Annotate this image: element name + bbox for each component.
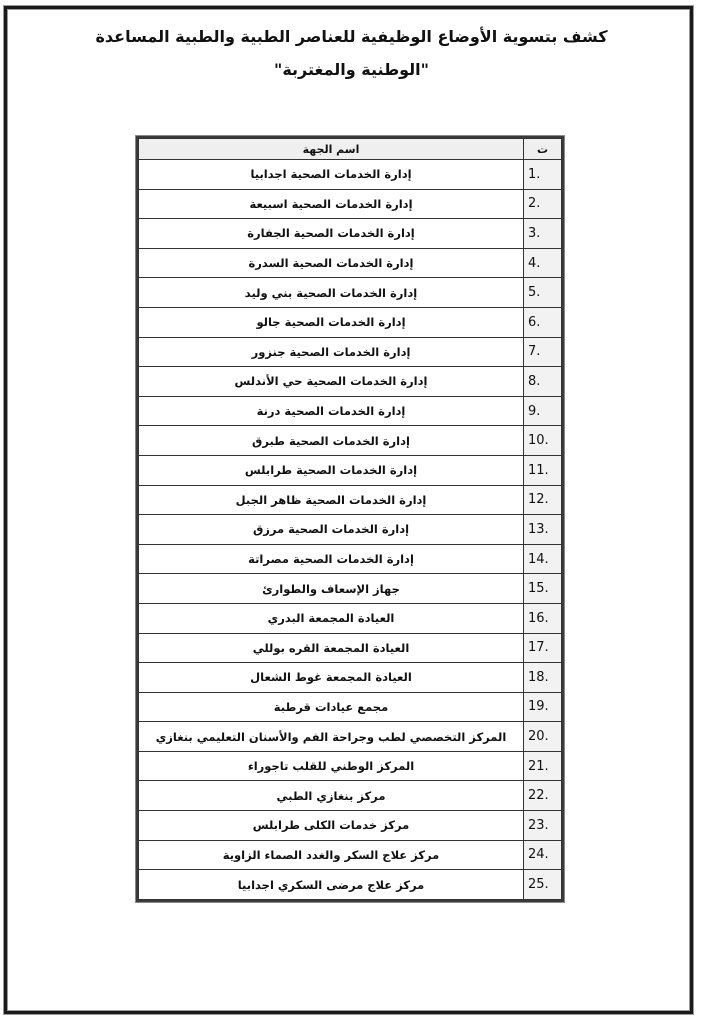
entity-name: العيادة المجمعة البدري	[139, 603, 524, 633]
row-number: 2.	[524, 189, 562, 219]
row-number: 11.	[524, 455, 562, 485]
row-number: 17.	[524, 633, 562, 663]
row-number: 19.	[524, 692, 562, 722]
entity-name: إدارة الخدمات الصحية مرزق	[139, 515, 524, 545]
entity-name: إدارة الخدمات الصحية درنة	[139, 396, 524, 426]
table-row: 6.إدارة الخدمات الصحية جالو	[139, 307, 562, 337]
entity-name: جهاز الإسعاف والطوارئ	[139, 574, 524, 604]
row-number: 4.	[524, 248, 562, 278]
table-row: 15.جهاز الإسعاف والطوارئ	[139, 574, 562, 604]
row-number: 6.	[524, 307, 562, 337]
table-row: 20.المركز التخصصي لطب وجراحة الفم والأسن…	[139, 722, 562, 752]
entity-name: مركز علاج مرضى السكري اجدابيا	[139, 870, 524, 900]
row-number: 23.	[524, 811, 562, 841]
document-subtitle: "الوطنية والمغتربة"	[0, 60, 703, 79]
row-number: 5.	[524, 278, 562, 308]
row-number: 15.	[524, 574, 562, 604]
entity-name: العيادة المجمعة غوط الشعال	[139, 663, 524, 693]
entity-name: إدارة الخدمات الصحية جالو	[139, 307, 524, 337]
entity-name: إدارة الخدمات الصحية اجدابيا	[139, 160, 524, 190]
table-row: 4.إدارة الخدمات الصحية السدرة	[139, 248, 562, 278]
entity-name: المركز الوطني للقلب تاجوراء	[139, 751, 524, 781]
row-number: 22.	[524, 781, 562, 811]
document-title: كشف بتسوية الأوضاع الوظيفية للعناصر الطب…	[0, 27, 703, 46]
row-number: 9.	[524, 396, 562, 426]
table-row: 10.إدارة الخدمات الصحية طبرق	[139, 426, 562, 456]
row-number: 3.	[524, 219, 562, 249]
table-row: 17.العيادة المجمعة القره بوللي	[139, 633, 562, 663]
table-row: 3.إدارة الخدمات الصحية الجفارة	[139, 219, 562, 249]
table-row: 22.مركز بنغازي الطبي	[139, 781, 562, 811]
table-row: 5.إدارة الخدمات الصحية بني وليد	[139, 278, 562, 308]
entity-name: العيادة المجمعة القره بوللي	[139, 633, 524, 663]
table-row: 24.مركز علاج السكر والغدد الصماء الزاوية	[139, 840, 562, 870]
entity-name: إدارة الخدمات الصحية طرابلس	[139, 455, 524, 485]
entity-name: إدارة الخدمات الصحية اسبيعة	[139, 189, 524, 219]
row-number: 13.	[524, 515, 562, 545]
entity-name: مركز خدمات الكلى طرابلس	[139, 811, 524, 841]
entity-name: إدارة الخدمات الصحية حي الأندلس	[139, 367, 524, 397]
row-number: 25.	[524, 870, 562, 900]
entities-table-container: ت اسم الجهة 1.إدارة الخدمات الصحية اجداب…	[136, 136, 564, 902]
table-row: 16.العيادة المجمعة البدري	[139, 603, 562, 633]
row-number: 20.	[524, 722, 562, 752]
entity-name: إدارة الخدمات الصحية جنزور	[139, 337, 524, 367]
row-number: 7.	[524, 337, 562, 367]
table-row: 14.إدارة الخدمات الصحية مصراتة	[139, 544, 562, 574]
entities-table: ت اسم الجهة 1.إدارة الخدمات الصحية اجداب…	[138, 138, 562, 900]
header-number: ت	[524, 139, 562, 160]
table-row: 13.إدارة الخدمات الصحية مرزق	[139, 515, 562, 545]
table-row: 19.مجمع عيادات قرطبة	[139, 692, 562, 722]
row-number: 16.	[524, 603, 562, 633]
row-number: 8.	[524, 367, 562, 397]
table-row: 8.إدارة الخدمات الصحية حي الأندلس	[139, 367, 562, 397]
header-entity-name: اسم الجهة	[139, 139, 524, 160]
table-row: 12.إدارة الخدمات الصحية ظاهر الجبل	[139, 485, 562, 515]
entity-name: إدارة الخدمات الصحية السدرة	[139, 248, 524, 278]
table-row: 9.إدارة الخدمات الصحية درنة	[139, 396, 562, 426]
entity-name: مركز علاج السكر والغدد الصماء الزاوية	[139, 840, 524, 870]
table-row: 23.مركز خدمات الكلى طرابلس	[139, 811, 562, 841]
row-number: 21.	[524, 751, 562, 781]
entity-name: إدارة الخدمات الصحية بني وليد	[139, 278, 524, 308]
table-body: 1.إدارة الخدمات الصحية اجدابيا 2.إدارة ا…	[139, 160, 562, 900]
entity-name: إدارة الخدمات الصحية ظاهر الجبل	[139, 485, 524, 515]
table-row: 11.إدارة الخدمات الصحية طرابلس	[139, 455, 562, 485]
table-header-row: ت اسم الجهة	[139, 139, 562, 160]
table-row: 18.العيادة المجمعة غوط الشعال	[139, 663, 562, 693]
entity-name: إدارة الخدمات الصحية مصراتة	[139, 544, 524, 574]
table-row: 7.إدارة الخدمات الصحية جنزور	[139, 337, 562, 367]
row-number: 10.	[524, 426, 562, 456]
row-number: 1.	[524, 160, 562, 190]
table-row: 2.إدارة الخدمات الصحية اسبيعة	[139, 189, 562, 219]
entity-name: مجمع عيادات قرطبة	[139, 692, 524, 722]
row-number: 14.	[524, 544, 562, 574]
entity-name: المركز التخصصي لطب وجراحة الفم والأسنان …	[139, 722, 524, 752]
table-row: 1.إدارة الخدمات الصحية اجدابيا	[139, 160, 562, 190]
entity-name: إدارة الخدمات الصحية الجفارة	[139, 219, 524, 249]
row-number: 12.	[524, 485, 562, 515]
table-row: 21.المركز الوطني للقلب تاجوراء	[139, 751, 562, 781]
table-row: 25.مركز علاج مرضى السكري اجدابيا	[139, 870, 562, 900]
entity-name: إدارة الخدمات الصحية طبرق	[139, 426, 524, 456]
row-number: 24.	[524, 840, 562, 870]
row-number: 18.	[524, 663, 562, 693]
entity-name: مركز بنغازي الطبي	[139, 781, 524, 811]
